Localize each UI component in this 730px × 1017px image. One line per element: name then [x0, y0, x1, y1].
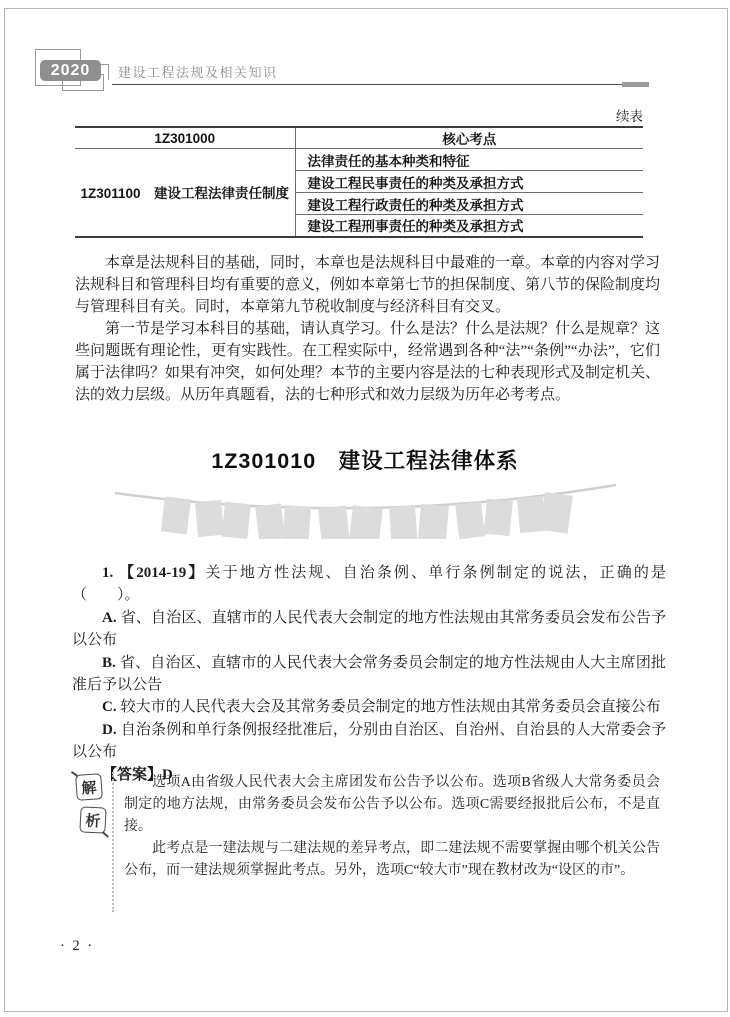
table-cell-point-2: 建设工程民事责任的种类及承担方式	[295, 171, 643, 193]
question-exam-tag: 【2014-19】	[119, 565, 205, 581]
question-number: 1.	[102, 565, 113, 581]
page-number: · 2 ·	[60, 938, 94, 955]
continued-table-label: 续表	[0, 105, 643, 125]
table-row-group-label: 1Z301100 建设工程法律责任制度	[75, 149, 295, 237]
book-title: 建设工程法规及相关知识	[118, 62, 278, 81]
option-d-label: D.	[102, 722, 117, 738]
option-a-label: A.	[102, 610, 117, 626]
option-c: C.较大市的人民代表大会及其常务委员会制定的地方性法规由其常务委员会直接公布	[72, 696, 666, 718]
book-page: 2020 建设工程法规及相关知识 续表 1Z301000 核心考点 1Z3011…	[0, 0, 730, 1017]
table-row: 1Z301100 建设工程法律责任制度 法律责任的基本种类和特征	[75, 149, 643, 171]
chapter-intro: 本章是法规科目的基础，同时，本章也是法规科目中最难的一章。本章的内容对学习法规科…	[75, 252, 660, 406]
year-2020-logo: 2020	[35, 47, 115, 95]
header-rule	[112, 84, 648, 85]
stamp-tick-icon	[103, 831, 109, 837]
option-d: D.自治条例和单行条例报经批准后，分别由自治区、自治州、自治县的人大常委会予以公…	[72, 719, 666, 764]
header-rule-end-mark	[622, 82, 649, 87]
option-b: B.省、自治区、直辖市的人民代表大会常务委员会制定的地方性法规由人大主席团批准后…	[72, 652, 666, 697]
option-d-text: 自治条例和单行条例报经批准后，分别由自治区、自治州、自治县的人大常委会予以公布	[72, 722, 666, 760]
exam-question: 1. 【2014-19】关于地方性法规、自治条例、单行条例制定的说法，正确的是（…	[72, 562, 666, 786]
pennant-banner-decoration	[113, 477, 618, 539]
analysis-char-xi: 析	[79, 806, 106, 833]
intro-paragraph-2: 第一节是学习本科目的基础，请认真学习。什么是法？什么是法规？什么是规章？这些问题…	[75, 318, 660, 406]
core-points-table: 1Z301000 核心考点 1Z301100 建设工程法律责任制度 法律责任的基…	[75, 126, 643, 238]
table-header-core-points: 核心考点	[295, 127, 643, 149]
intro-paragraph-1: 本章是法规科目的基础，同时，本章也是法规科目中最难的一章。本章的内容对学习法规科…	[75, 252, 660, 318]
table-header-row: 1Z301000 核心考点	[75, 127, 643, 149]
option-b-label: B.	[102, 655, 116, 671]
analysis-stamp-icon: 解 析	[76, 774, 116, 840]
option-b-text: 省、自治区、直辖市的人民代表大会常务委员会制定的地方性法规由人大主席团批准后予以…	[72, 655, 666, 693]
table-cell-point-3: 建设工程行政责任的种类及承担方式	[295, 193, 643, 215]
analysis-paragraph-2: 此考点是一建法规与二建法规的差异考点，即二建法规不需要掌握由哪个机关公告公布，而…	[124, 838, 660, 882]
option-c-label: C.	[102, 699, 117, 715]
option-c-text: 较大市的人民代表大会及其常务委员会制定的地方性法规由其常务委员会直接公布	[121, 699, 661, 715]
question-stem: 1. 【2014-19】关于地方性法规、自治条例、单行条例制定的说法，正确的是（…	[72, 562, 666, 607]
section-title: 1Z301010 建设工程法律体系	[0, 444, 730, 475]
table-cell-point-1: 法律责任的基本种类和特征	[295, 149, 643, 171]
analysis-text: 选项A由省级人民代表大会主席团发布公告予以公布。选项B省级人大常务委员会制定的地…	[124, 772, 660, 882]
option-a: A.省、自治区、直辖市的人民代表大会制定的地方性法规由其常务委员会发布公告予以公…	[72, 607, 666, 652]
analysis-char-jie: 解	[75, 773, 103, 801]
analysis-dotted-rail	[112, 772, 114, 912]
table-cell-point-4: 建设工程刑事责任的种类及承担方式	[295, 215, 643, 237]
analysis-paragraph-1: 选项A由省级人民代表大会主席团发布公告予以公布。选项B省级人大常务委员会制定的地…	[124, 772, 660, 838]
year-badge: 2020	[40, 60, 101, 81]
option-a-text: 省、自治区、直辖市的人民代表大会制定的地方性法规由其常务委员会发布公告予以公布	[72, 610, 666, 648]
table-header-code: 1Z301000	[75, 127, 295, 149]
